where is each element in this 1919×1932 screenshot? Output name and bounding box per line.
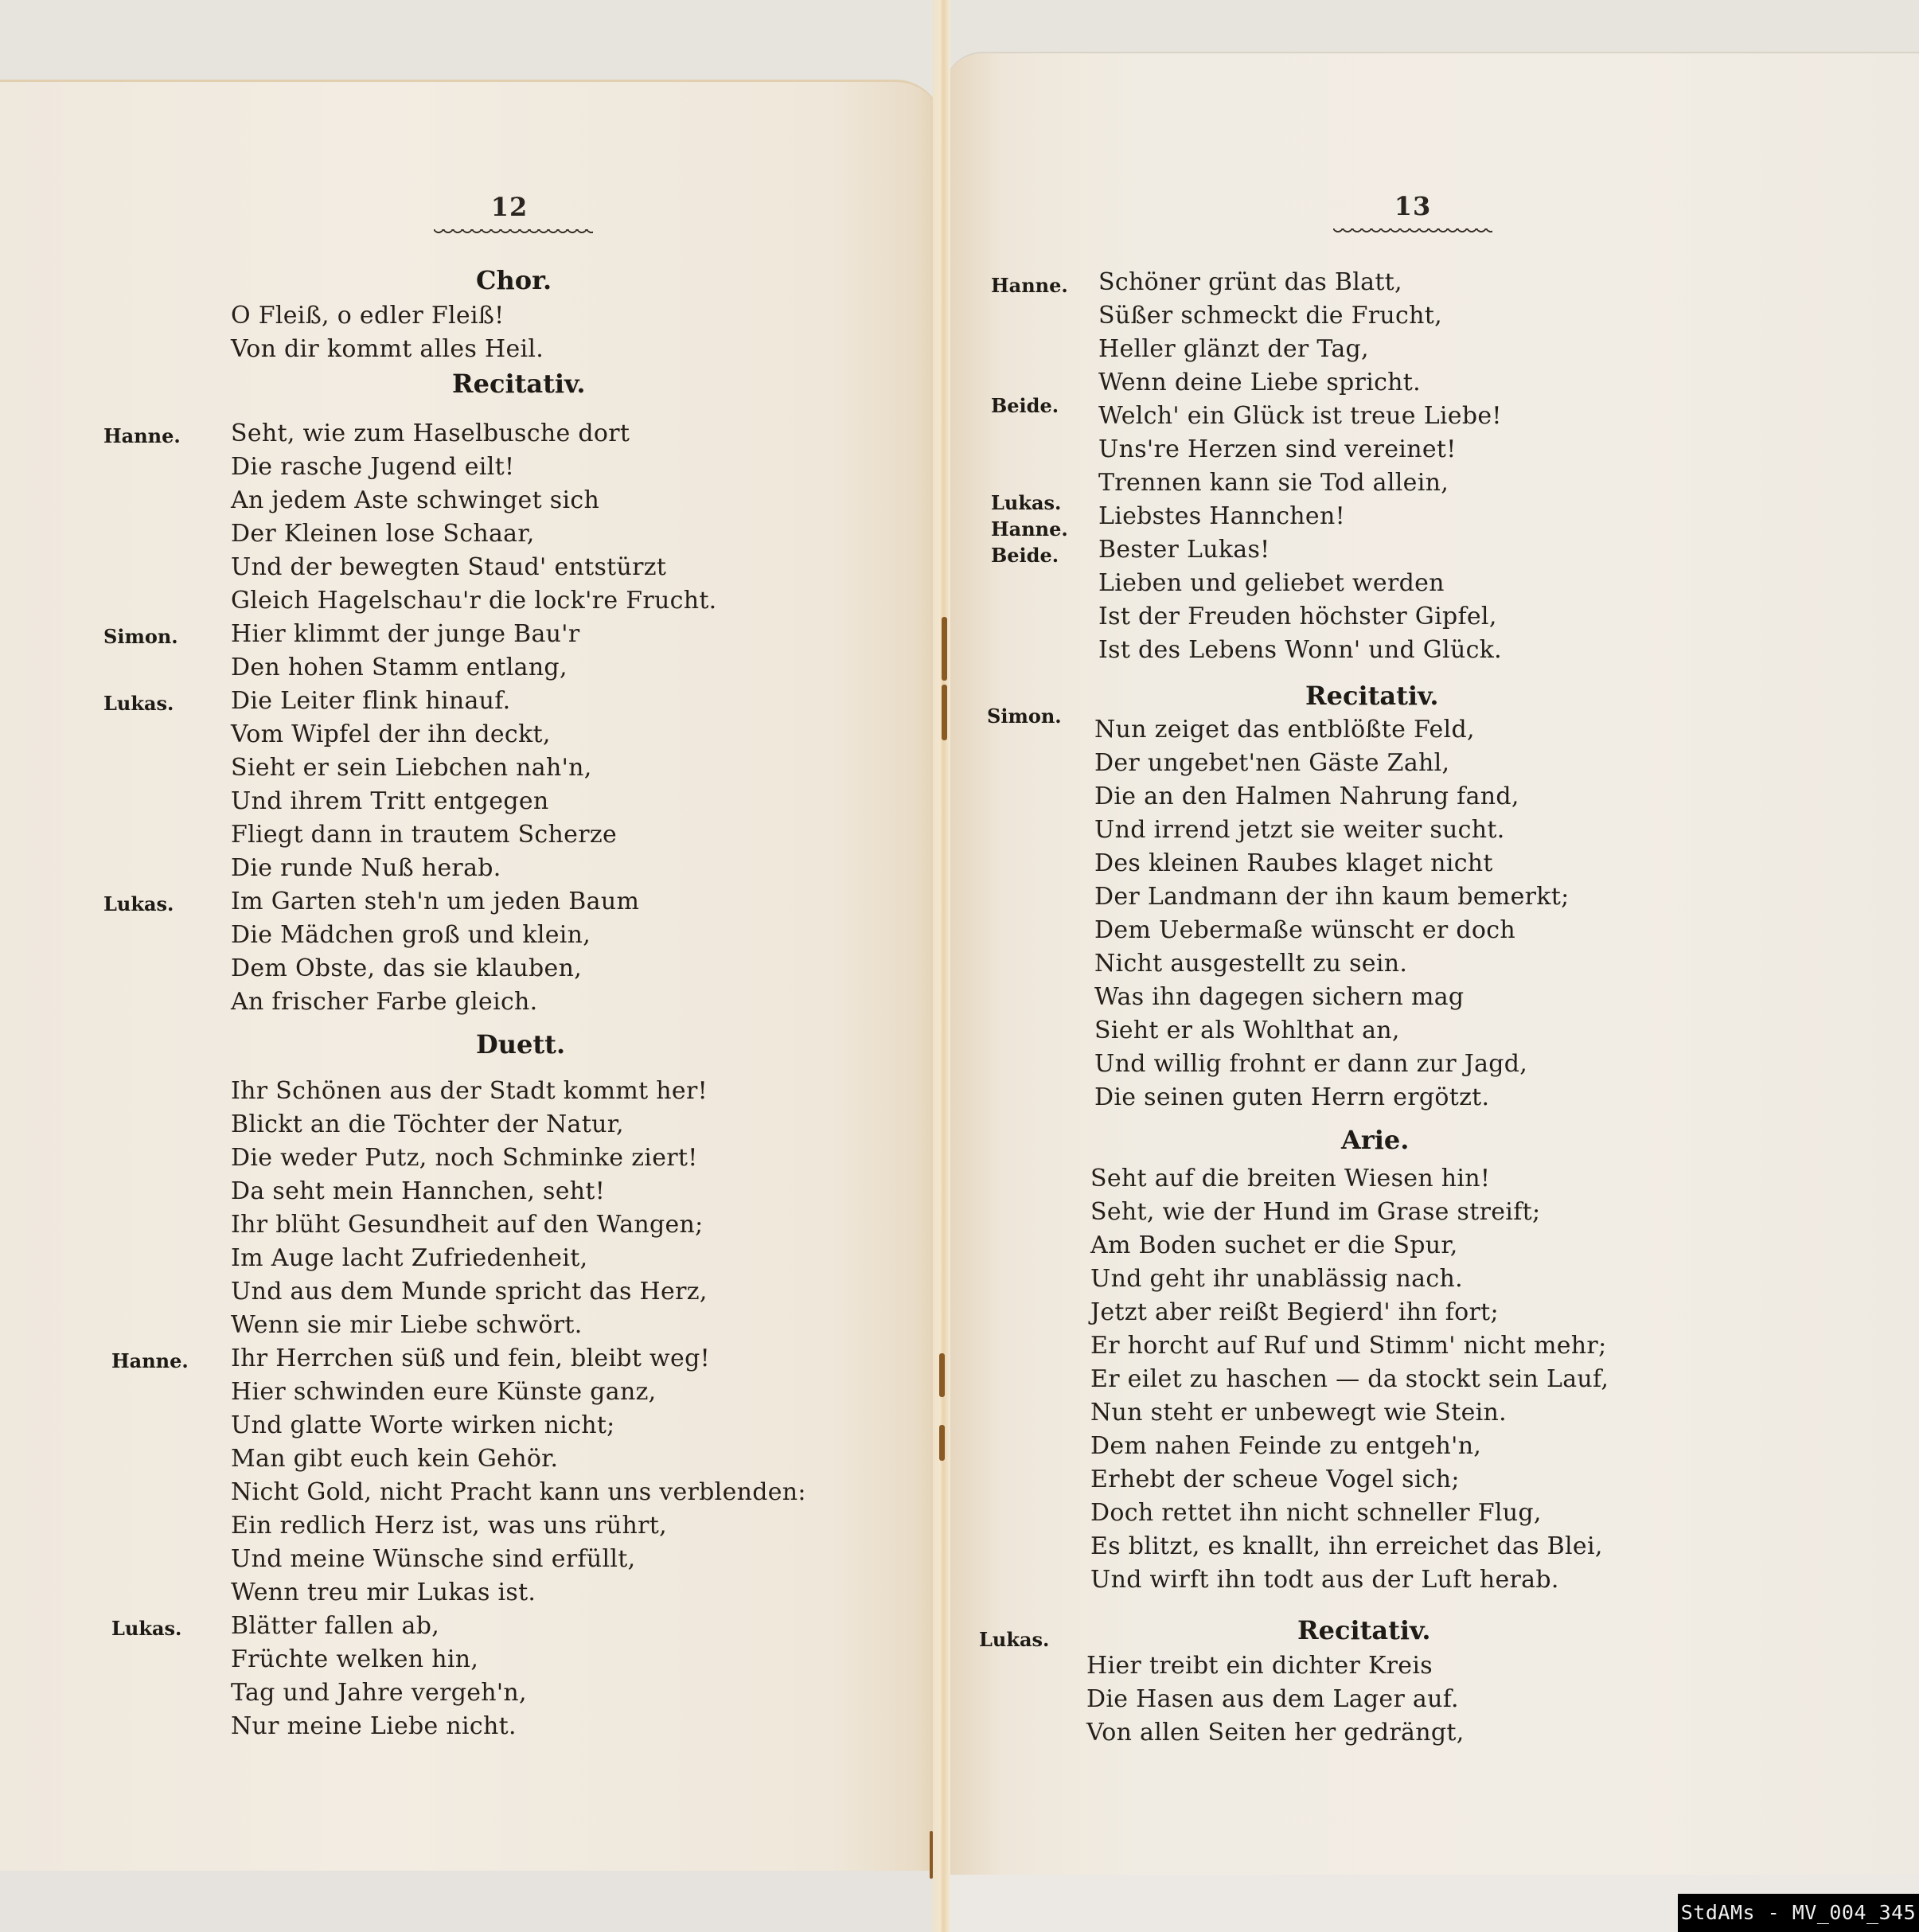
spine-stain: [942, 617, 947, 681]
verse-line: Der Kleinen lose Schaar,: [231, 520, 535, 548]
verse-line: Ihr Schönen aus der Stadt kommt her!: [231, 1077, 708, 1105]
verse-line: Ihr Herrchen süß und fein, bleibt weg!: [231, 1345, 710, 1372]
verse-line: Und willig frohnt er dann zur Jagd,: [1094, 1050, 1527, 1078]
verse-line: Und aus dem Munde spricht das Herz,: [231, 1278, 708, 1306]
section-heading-chor: Chor.: [476, 265, 552, 295]
verse-line: Und meine Wünsche sind erfüllt,: [231, 1545, 635, 1573]
spine-stain: [942, 685, 947, 740]
archive-id-label: StdAMs - MV_004_345: [1678, 1894, 1919, 1932]
verse-line: Wenn treu mir Lukas ist.: [231, 1579, 536, 1606]
verse-line: Und geht ihr unablässig nach.: [1090, 1265, 1463, 1293]
verse-line: Nicht ausgestellt zu sein.: [1094, 950, 1407, 978]
verse-line: Blickt an die Töchter der Natur,: [231, 1110, 624, 1138]
verse-line: Seht, wie zum Haselbusche dort: [231, 420, 630, 447]
verse-line: Es blitzt, es knallt, ihn erreichet das …: [1090, 1532, 1603, 1560]
speaker-label: Hanne.: [111, 1349, 189, 1372]
verse-line: Blätter fallen ab,: [231, 1612, 439, 1640]
section-heading-recitativ: Recitativ.: [452, 369, 586, 399]
ornament-rule-left: [434, 229, 593, 239]
verse-line: Ein redlich Herz ist, was uns rührt,: [231, 1512, 667, 1540]
verse-line: Liebstes Hannchen!: [1098, 502, 1345, 530]
verse-line: Im Auge lacht Zufriedenheit,: [231, 1244, 587, 1272]
verse-line: Dem nahen Feinde zu entgeh'n,: [1090, 1432, 1481, 1460]
verse-line: Tag und Jahre vergeh'n,: [231, 1679, 527, 1707]
speaker-label: Lukas.: [103, 692, 174, 715]
speaker-label: Beide.: [991, 544, 1059, 567]
verse-line: Er horcht auf Ruf und Stimm' nicht mehr;: [1090, 1332, 1606, 1360]
speaker-label: Lukas.: [103, 892, 174, 915]
verse-line: Des kleinen Raubes klaget nicht: [1094, 849, 1493, 877]
lower-sheet-left: [0, 1871, 943, 1932]
verse-line: Süßer schmeckt die Frucht,: [1098, 302, 1442, 330]
verse-line: Von allen Seiten her gedrängt,: [1086, 1719, 1465, 1747]
verse-line: Die Leiter flink hinauf.: [231, 687, 510, 715]
verse-line: Was ihn dagegen sichern mag: [1094, 983, 1464, 1011]
verse-line: Trennen kann sie Tod allein,: [1098, 469, 1449, 497]
verse-line: Die Mädchen groß und klein,: [231, 921, 591, 949]
verse-line: Am Boden suchet er die Spur,: [1090, 1231, 1458, 1259]
verse-line: Und ihrem Tritt entgegen: [231, 787, 549, 815]
verse-line: Und wirft ihn todt aus der Luft herab.: [1090, 1566, 1559, 1594]
section-heading-duett: Duett.: [476, 1029, 565, 1060]
left-page: 12 Chor. O Fleiß, o edler Fleiß! Von dir…: [0, 80, 943, 1881]
verse-line: Lieben und geliebet werden: [1098, 569, 1445, 597]
verse-line: An jedem Aste schwinget sich: [231, 486, 599, 514]
verse-line: Da seht mein Hannchen, seht!: [231, 1177, 605, 1205]
verse-line: Gleich Hagelschau'r die lock're Frucht.: [231, 587, 717, 615]
verse-line: Dem Uebermaße wünscht er doch: [1094, 916, 1515, 944]
verse-line: Der Landmann der ihn kaum bemerkt;: [1094, 883, 1570, 911]
verse-line: Und glatte Worte wirken nicht;: [231, 1411, 615, 1439]
verse-line: Früchte welken hin,: [231, 1645, 478, 1673]
speaker-label: Lukas.: [991, 491, 1061, 514]
book-spine-gutter: [933, 0, 950, 1932]
verse-line: Die seinen guten Herrn ergötzt.: [1094, 1083, 1489, 1111]
verse-line: An frischer Farbe gleich.: [231, 988, 538, 1016]
verse-line: Er eilet zu haschen — da stockt sein Lau…: [1090, 1365, 1609, 1393]
verse-line: Die Hasen aus dem Lager auf.: [1086, 1685, 1459, 1713]
speaker-label: Lukas.: [979, 1628, 1049, 1651]
verse-line: Fliegt dann in trautem Scherze: [231, 821, 617, 849]
verse-line: Die rasche Jugend eilt!: [231, 453, 514, 481]
verse-line: Die an den Halmen Nahrung fand,: [1094, 783, 1519, 810]
speaker-label: Hanne.: [991, 274, 1068, 297]
verse-line: Uns're Herzen sind vereinet!: [1098, 435, 1457, 463]
section-heading-arie: Arie.: [1341, 1125, 1409, 1155]
verse-line: Erhebt der scheue Vogel sich;: [1090, 1466, 1460, 1493]
speaker-label: Lukas.: [111, 1617, 181, 1640]
verse-line: Hier schwinden eure Künste ganz,: [231, 1378, 657, 1406]
verse-line: Der ungebet'nen Gäste Zahl,: [1094, 749, 1449, 777]
verse-line: Den hohen Stamm entlang,: [231, 654, 568, 681]
section-heading-recitativ: Recitativ.: [1297, 1615, 1431, 1645]
verse-line: Die weder Putz, noch Schminke ziert!: [231, 1144, 698, 1172]
verse-line: Sieht er als Wohlthat an,: [1094, 1017, 1400, 1044]
verse-line: Bester Lukas!: [1098, 536, 1270, 564]
verse-line: Wenn sie mir Liebe schwört.: [231, 1311, 583, 1339]
verse-line: Nur meine Liebe nicht.: [231, 1712, 517, 1740]
right-page: 13 Hanne. Schöner grünt das Blatt, Süßer…: [943, 52, 1919, 1880]
verse-line: Schöner grünt das Blatt,: [1098, 268, 1402, 296]
verse-line: Jetzt aber reißt Begierd' ihn fort;: [1090, 1298, 1499, 1326]
speaker-label: Beide.: [991, 394, 1059, 417]
verse-line: O Fleiß, o edler Fleiß!: [231, 302, 505, 330]
verse-line: Man gibt euch kein Gehör.: [231, 1445, 558, 1473]
verse-line: Wenn deine Liebe spricht.: [1098, 369, 1421, 396]
verse-line: Doch rettet ihn nicht schneller Flug,: [1090, 1499, 1542, 1527]
verse-line: Heller glänzt der Tag,: [1098, 335, 1369, 363]
ornament-rule-right: [1333, 228, 1492, 238]
verse-line: Ist der Freuden höchster Gipfel,: [1098, 603, 1497, 630]
verse-line: Hier treibt ein dichter Kreis: [1086, 1652, 1433, 1680]
verse-line: Dem Obste, das sie klauben,: [231, 954, 582, 982]
verse-line: Seht auf die breiten Wiesen hin!: [1090, 1165, 1490, 1192]
speaker-label: Simon.: [103, 625, 178, 648]
verse-line: Nun steht er unbewegt wie Stein.: [1090, 1399, 1507, 1427]
speaker-label: Hanne.: [991, 517, 1068, 541]
verse-line: Hier klimmt der junge Bau'r: [231, 620, 579, 648]
section-heading-recitativ: Recitativ.: [1305, 681, 1439, 711]
speaker-label: Hanne.: [103, 424, 181, 447]
page-number-right: 13: [1349, 191, 1476, 221]
verse-line: Seht, wie der Hund im Grase streift;: [1090, 1198, 1540, 1226]
verse-line: Welch' ein Glück ist treue Liebe!: [1098, 402, 1502, 430]
verse-line: Vom Wipfel der ihn deckt,: [231, 720, 551, 748]
verse-line: Nun zeiget das entblößte Feld,: [1094, 716, 1475, 744]
spine-stain: [939, 1353, 945, 1397]
verse-line: Von dir kommt alles Heil.: [231, 335, 544, 363]
spine-stain: [939, 1425, 945, 1461]
verse-line: Die runde Nuß herab.: [231, 854, 501, 882]
page-number-left: 12: [446, 192, 573, 222]
verse-line: Im Garten steh'n um jeden Baum: [231, 888, 639, 915]
speaker-label: Simon.: [987, 704, 1062, 728]
verse-line: Und irrend jetzt sie weiter sucht.: [1094, 816, 1505, 844]
verse-line: Sieht er sein Liebchen nah'n,: [231, 754, 592, 782]
verse-line: Nicht Gold, nicht Pracht kann uns verble…: [231, 1478, 806, 1506]
verse-line: Ist des Lebens Wonn' und Glück.: [1098, 636, 1502, 664]
verse-line: Und der bewegten Staud' entstürzt: [231, 553, 666, 581]
verse-line: Ihr blüht Gesundheit auf den Wangen;: [231, 1211, 704, 1239]
spine-stain: [930, 1831, 933, 1879]
